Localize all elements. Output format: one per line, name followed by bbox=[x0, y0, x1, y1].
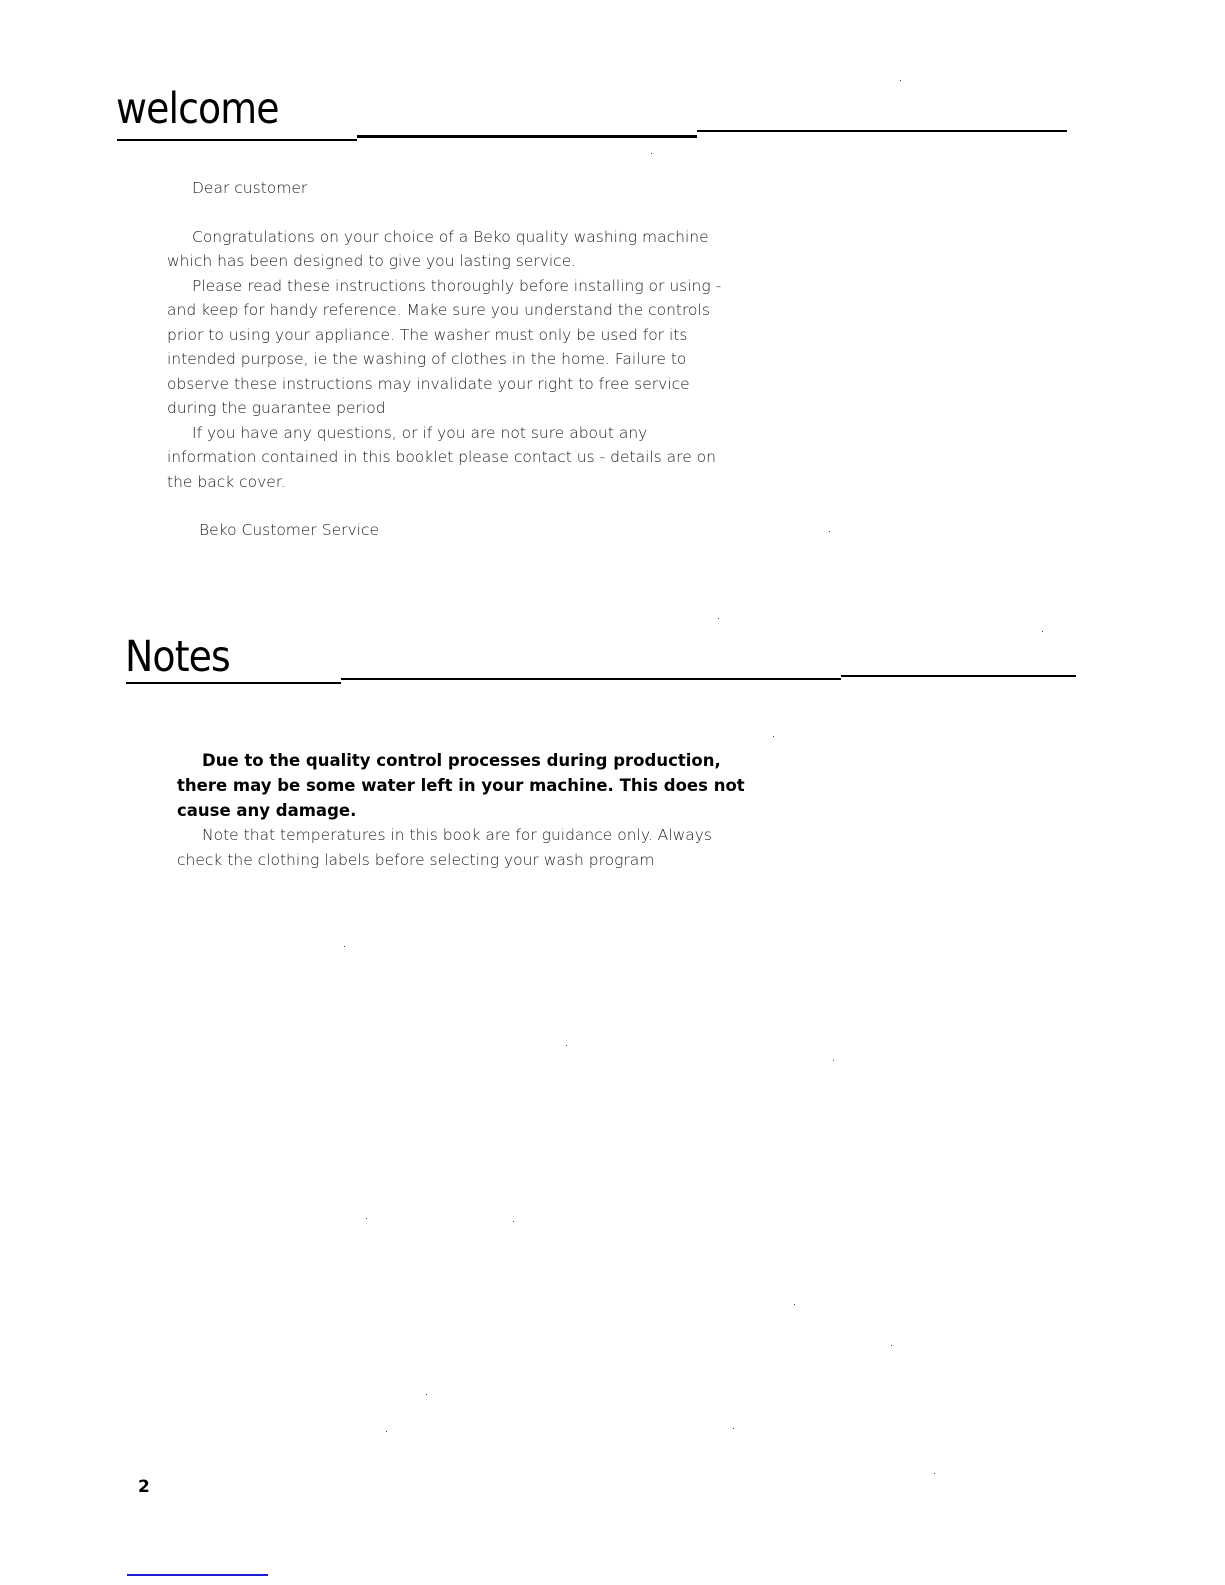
scan-speck bbox=[891, 1345, 892, 1346]
scan-speck bbox=[733, 1428, 734, 1429]
welcome-heading-rule bbox=[697, 130, 1067, 132]
scan-speck bbox=[566, 1045, 567, 1046]
signature: Beko Customer Service bbox=[167, 518, 737, 543]
salutation: Dear customer bbox=[167, 176, 737, 201]
welcome-paragraph: Congratulations on your choice of a Beko… bbox=[167, 225, 737, 274]
scan-speck bbox=[386, 1431, 387, 1432]
welcome-heading-rule bbox=[357, 135, 697, 138]
link-underline[interactable] bbox=[127, 1574, 268, 1576]
notes-body: Due to the quality control processes dur… bbox=[177, 748, 747, 872]
notes-heading-rule bbox=[126, 682, 341, 684]
welcome-heading: welcome bbox=[116, 84, 279, 134]
temperature-note: Note that temperatures in this book are … bbox=[177, 823, 747, 872]
scan-speck bbox=[513, 1221, 514, 1222]
scan-speck bbox=[934, 1473, 935, 1474]
scan-speck bbox=[1042, 631, 1043, 632]
scan-speck bbox=[718, 618, 719, 619]
notes-heading: Notes bbox=[125, 632, 230, 682]
scan-speck bbox=[651, 153, 652, 154]
notes-heading-rule bbox=[841, 675, 1076, 677]
page-number: 2 bbox=[138, 1477, 150, 1497]
welcome-heading-rule bbox=[117, 139, 357, 141]
welcome-letter: Dear customer Congratulations on your ch… bbox=[167, 176, 737, 543]
scan-speck bbox=[829, 531, 830, 532]
welcome-paragraph: If you have any questions, or if you are… bbox=[167, 421, 737, 495]
scan-speck bbox=[366, 1218, 367, 1219]
scan-speck bbox=[426, 1394, 427, 1395]
welcome-paragraph: Please read these instructions thoroughl… bbox=[167, 274, 737, 421]
scan-speck bbox=[900, 80, 901, 81]
scan-speck bbox=[833, 1060, 834, 1061]
notes-heading-rule bbox=[341, 678, 841, 680]
scan-speck bbox=[773, 736, 774, 737]
scan-speck bbox=[794, 1304, 795, 1305]
scan-speck bbox=[344, 946, 345, 947]
water-notice: Due to the quality control processes dur… bbox=[177, 748, 747, 823]
